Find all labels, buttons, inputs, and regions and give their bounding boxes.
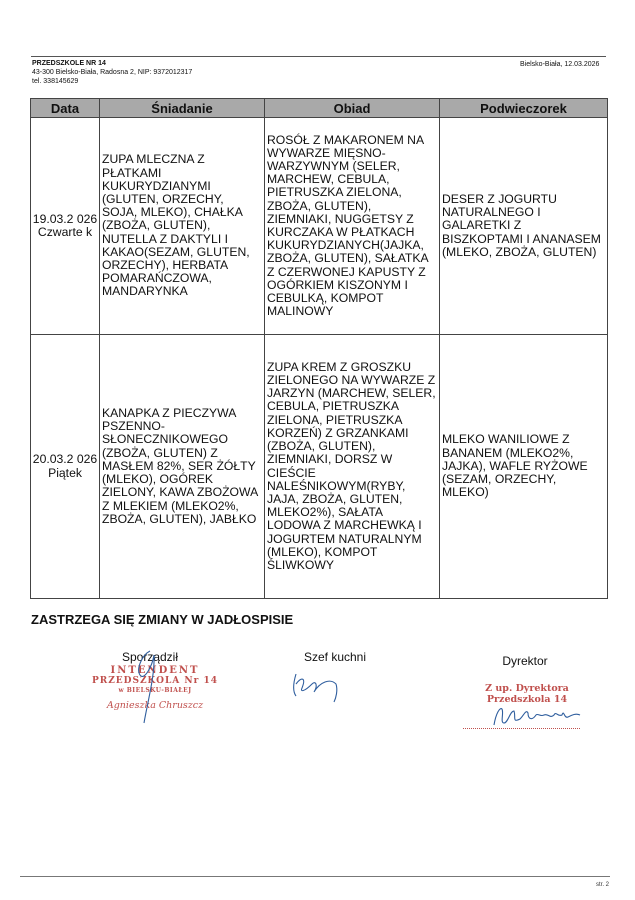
school-name: PRZEDSZKOLE NR 14 bbox=[32, 59, 192, 68]
breakfast-cell: KANAPKA Z PIECZYWA PSZENNO-SŁONECZNIKOWE… bbox=[100, 335, 265, 599]
director-signature-icon bbox=[490, 703, 585, 731]
snack-cell: DESER Z JOGURTU NATURALNEGO I GALARETKI … bbox=[440, 118, 608, 335]
director-signature-line bbox=[463, 728, 580, 729]
director-stamp-line-1: Z up. Dyrektora bbox=[462, 683, 592, 694]
chef-label: Szef kuchni bbox=[285, 650, 385, 664]
menu-change-notice: ZASTRZEGA SIĘ ZMIANY W JADŁOSPISIE bbox=[31, 612, 293, 627]
table-row: 19.03.2 026 Czwarte k ZUPA MLECZNA Z PŁA… bbox=[31, 118, 608, 335]
date-cell: 19.03.2 026 Czwarte k bbox=[31, 118, 100, 335]
school-header: PRZEDSZKOLE NR 14 43-300 Bielsko-Biała, … bbox=[32, 59, 192, 86]
page-number: str. 2 bbox=[596, 882, 609, 888]
table-row: 20.03.2 026 Piątek KANAPKA Z PIECZYWA PS… bbox=[31, 335, 608, 599]
column-header-snack: Podwieczorek bbox=[440, 99, 608, 118]
column-header-lunch: Obiad bbox=[265, 99, 440, 118]
table-header-row: Data Śniadanie Obiad Podwieczorek bbox=[31, 99, 608, 118]
column-header-breakfast: Śniadanie bbox=[100, 99, 265, 118]
lunch-cell: ROSÓŁ Z MAKARONEM NA WYWARZE MIĘSNO-WARZ… bbox=[265, 118, 440, 335]
intendent-signature-icon bbox=[128, 645, 168, 725]
director-label: Dyrektor bbox=[470, 654, 580, 668]
director-stamp: Z up. Dyrektora Przedszkola 14 bbox=[462, 683, 592, 705]
snack-cell: MLEKO WANILIOWE Z BANANEM (MLEKO2%, JAJK… bbox=[440, 335, 608, 599]
school-phone: tel. 338145629 bbox=[32, 77, 192, 86]
header-rule bbox=[31, 56, 606, 57]
footer-rule bbox=[20, 876, 610, 877]
school-address: 43-300 Bielsko-Biała, Radosna 2, NIP: 93… bbox=[32, 68, 192, 77]
place-date: Bielsko-Biała, 12.03.2026 bbox=[520, 61, 599, 68]
date-cell: 20.03.2 026 Piątek bbox=[31, 335, 100, 599]
chef-signature-icon bbox=[290, 670, 345, 710]
column-header-date: Data bbox=[31, 99, 100, 118]
lunch-cell: ZUPA KREM Z GROSZKU ZIELONEGO NA WYWARZE… bbox=[265, 335, 440, 599]
date-text: 20.03.2 026 Piątek bbox=[33, 452, 97, 479]
breakfast-cell: ZUPA MLECZNA Z PŁATKAMI KUKURYDZIANYMI (… bbox=[100, 118, 265, 335]
menu-table: Data Śniadanie Obiad Podwieczorek 19.03.… bbox=[30, 98, 608, 599]
date-text: 19.03.2 026 Czwarte k bbox=[33, 212, 97, 239]
